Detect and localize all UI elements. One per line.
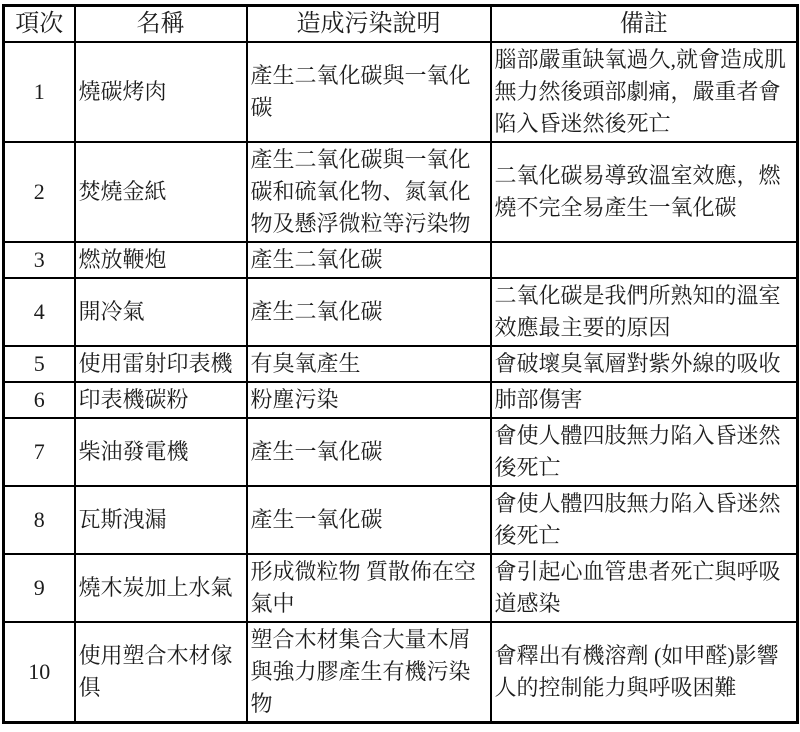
cell-item-number: 6 [4, 382, 75, 418]
header-remark: 備註 [491, 6, 798, 43]
header-name: 名稱 [75, 6, 247, 43]
header-item-number: 項次 [4, 6, 75, 43]
cell-pollution-description: 形成微粒物 質散佈在空 氣中 [247, 554, 491, 622]
cell-pollution-description: 產生二氧化碳與一氧化 碳 [247, 42, 491, 142]
cell-pollution-description: 產生一氧化碳 [247, 486, 491, 554]
cell-remark: 會使人體四肢無力陷入昏迷然 後死亡 [491, 486, 798, 554]
table-row: 7 柴油發電機 產生一氧化碳 會使人體四肢無力陷入昏迷然 後死亡 [4, 418, 798, 486]
cell-name: 瓦斯洩漏 [75, 486, 247, 554]
cell-remark: 肺部傷害 [491, 382, 798, 418]
table-row: 9 燒木炭加上水氣 形成微粒物 質散佈在空 氣中 會引起心血管患者死亡與呼吸 道… [4, 554, 798, 622]
cell-name: 使用雷射印表機 [75, 346, 247, 382]
table-row: 1 燒碳烤肉 產生二氧化碳與一氧化 碳 腦部嚴重缺氧過久,就會造成肌 無力然後頭… [4, 42, 798, 142]
cell-item-number: 8 [4, 486, 75, 554]
cell-item-number: 10 [4, 622, 75, 723]
cell-name: 印表機碳粉 [75, 382, 247, 418]
cell-remark: 會使人體四肢無力陷入昏迷然 後死亡 [491, 418, 798, 486]
cell-pollution-description: 有臭氧產生 [247, 346, 491, 382]
cell-item-number: 1 [4, 42, 75, 142]
table-row: 6 印表機碳粉 粉塵污染 肺部傷害 [4, 382, 798, 418]
table-row: 2 焚燒金紙 產生二氧化碳與一氧化 碳和硫氧化物、氮氧化 物及懸浮微粒等污染物 … [4, 142, 798, 242]
cell-item-number: 2 [4, 142, 75, 242]
cell-name: 使用塑合木材傢 俱 [75, 622, 247, 723]
table-row: 5 使用雷射印表機 有臭氧產生 會破壞臭氧層對紫外線的吸收 [4, 346, 798, 382]
table-body: 1 燒碳烤肉 產生二氧化碳與一氧化 碳 腦部嚴重缺氧過久,就會造成肌 無力然後頭… [4, 42, 798, 723]
cell-item-number: 4 [4, 278, 75, 346]
cell-remark [491, 242, 798, 278]
cell-remark: 會釋出有機溶劑 (如甲醛)影響 人的控制能力與呼吸困難 [491, 622, 798, 723]
cell-name: 燒碳烤肉 [75, 42, 247, 142]
cell-item-number: 3 [4, 242, 75, 278]
cell-pollution-description: 產生二氧化碳 [247, 278, 491, 346]
cell-item-number: 9 [4, 554, 75, 622]
cell-name: 焚燒金紙 [75, 142, 247, 242]
pollution-table: 項次 名稱 造成污染說明 備註 1 燒碳烤肉 產生二氧化碳與一氧化 碳 腦部嚴重… [2, 4, 799, 724]
cell-remark: 會引起心血管患者死亡與呼吸 道感染 [491, 554, 798, 622]
cell-item-number: 7 [4, 418, 75, 486]
cell-name: 燒木炭加上水氣 [75, 554, 247, 622]
cell-remark: 腦部嚴重缺氧過久,就會造成肌 無力然後頭部劇痛，嚴重者會 陷入昏迷然後死亡 [491, 42, 798, 142]
cell-item-number: 5 [4, 346, 75, 382]
table-row: 4 開冷氣 產生二氧化碳 二氧化碳是我們所熟知的溫室 效應最主要的原因 [4, 278, 798, 346]
cell-name: 燃放鞭炮 [75, 242, 247, 278]
header-row: 項次 名稱 造成污染說明 備註 [4, 6, 798, 43]
cell-remark: 會破壞臭氧層對紫外線的吸收 [491, 346, 798, 382]
cell-pollution-description: 產生二氧化碳 [247, 242, 491, 278]
cell-name: 柴油發電機 [75, 418, 247, 486]
page: 項次 名稱 造成污染說明 備註 1 燒碳烤肉 產生二氧化碳與一氧化 碳 腦部嚴重… [0, 0, 800, 732]
cell-pollution-description: 塑合木材集合大量木屑 與強力膠產生有機污染 物 [247, 622, 491, 723]
cell-pollution-description: 粉塵污染 [247, 382, 491, 418]
cell-pollution-description: 產生一氧化碳 [247, 418, 491, 486]
cell-pollution-description: 產生二氧化碳與一氧化 碳和硫氧化物、氮氧化 物及懸浮微粒等污染物 [247, 142, 491, 242]
cell-remark: 二氧化碳易導致溫室效應，燃 燒不完全易產生一氧化碳 [491, 142, 798, 242]
cell-name: 開冷氣 [75, 278, 247, 346]
table-row: 10 使用塑合木材傢 俱 塑合木材集合大量木屑 與強力膠產生有機污染 物 會釋出… [4, 622, 798, 723]
table-row: 8 瓦斯洩漏 產生一氧化碳 會使人體四肢無力陷入昏迷然 後死亡 [4, 486, 798, 554]
cell-remark: 二氧化碳是我們所熟知的溫室 效應最主要的原因 [491, 278, 798, 346]
table-row: 3 燃放鞭炮 產生二氧化碳 [4, 242, 798, 278]
header-pollution-description: 造成污染說明 [247, 6, 491, 43]
